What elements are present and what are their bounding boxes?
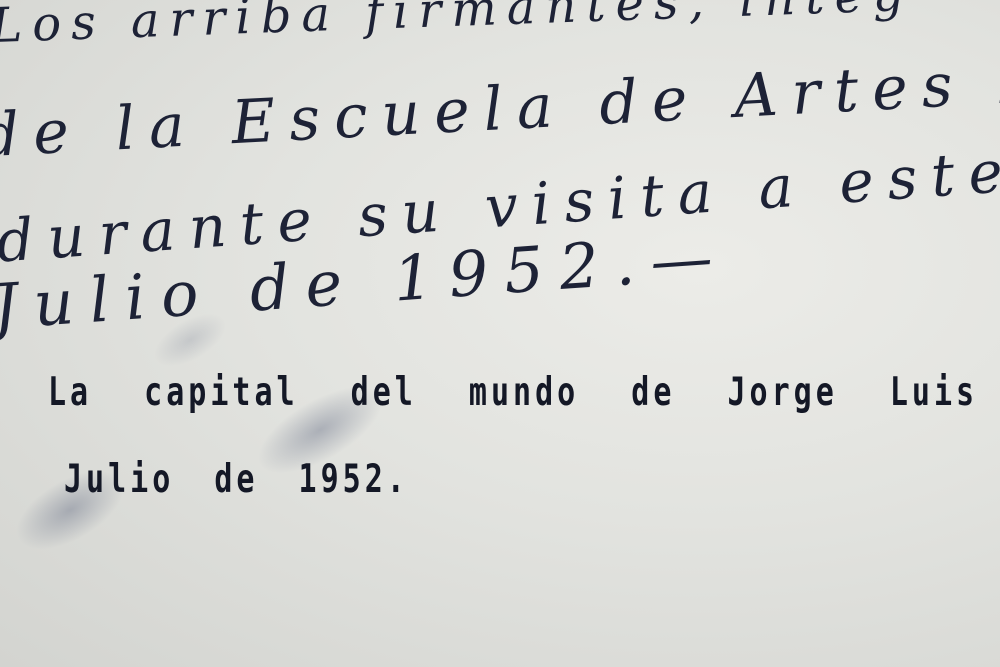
annotation-line-2-date: Julio de 1952.	[64, 457, 409, 503]
annotation-line-1: La capital del mundo de Jorge Luis Borge…	[48, 370, 1000, 416]
handwritten-document-page: Los arriba firmantes, integ de la Escuel…	[0, 0, 1000, 667]
cursive-line-1: Los arriba firmantes, integ	[0, 0, 914, 54]
